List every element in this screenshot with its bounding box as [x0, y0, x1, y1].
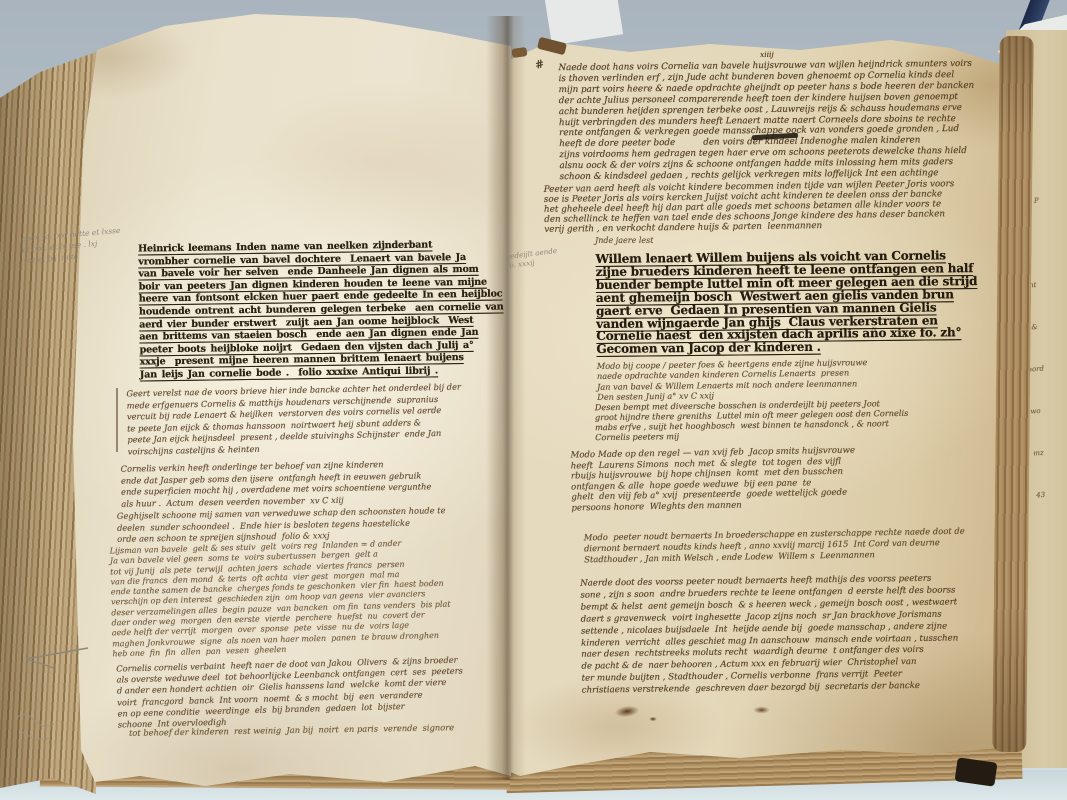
- pencil-arrow-mark: [20, 645, 92, 671]
- left-paragraph-2: Cornelis verkin heeft onderlinge ter beh…: [121, 458, 432, 510]
- naerde-doot-paragraph: Naerde doot des voorss peeter noudt bern…: [580, 573, 959, 697]
- ink-stain: [648, 716, 658, 722]
- voicht-paragraph: Peeter van aerd heeft als voicht kindere…: [544, 179, 955, 235]
- left-entry-heading: Heinrick leemans Inden name van neelken …: [138, 238, 504, 382]
- right-entry-heading: Willem lenaert Willem buijens als voicht…: [595, 249, 978, 356]
- item-line: Jnde jaere lest: [595, 236, 653, 245]
- left-account-lines: Lijsman van bavele gelt & ses stuiv gelt…: [110, 538, 452, 660]
- ink-stain: [750, 705, 773, 715]
- manuscript-photo: et fo P mij rent fl & bord wo mz 43 goen…: [0, 0, 1067, 800]
- desen-bempt-paragraph: Desen bempt met diveersche bosschen is o…: [595, 399, 909, 443]
- left-paragraph-1: Geert verelst nae de voors brieve hier i…: [126, 382, 462, 459]
- bracket-line: [116, 388, 118, 452]
- modo-noudt-paragraph: Modo peeter noudt bernaerts In broedersc…: [584, 526, 965, 566]
- interline-insert: xiiij: [760, 50, 774, 59]
- gutter-shadow: [486, 16, 526, 780]
- right-top-paragraph: Naede doot hans voirs Cornelia van bavel…: [558, 59, 975, 183]
- left-cornelis-paragraph: Cornelis cornelis verbaint heeft naer de…: [116, 654, 464, 730]
- modo-coope-note: Modo bij coope / peeter foes & heertgens…: [597, 357, 868, 402]
- pencil-scribble-mark: [12, 708, 92, 748]
- modo-made-paragraph: Modo Made op den regel — van xvij feb Ja…: [570, 446, 856, 515]
